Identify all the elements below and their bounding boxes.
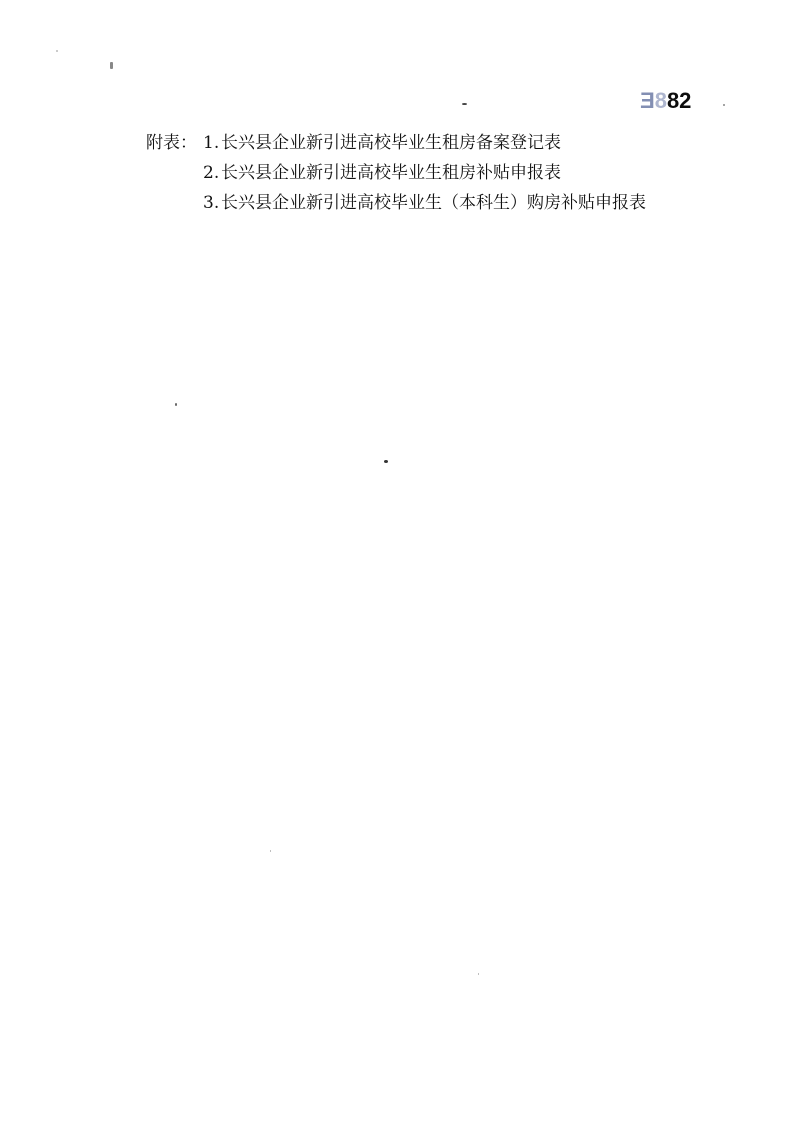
attachment-number: 3. (203, 188, 221, 218)
attachment-number: 1. (203, 128, 221, 158)
scan-speck (384, 460, 388, 463)
scan-speck (478, 973, 479, 975)
scan-speck (462, 103, 467, 105)
page-number: E882 (640, 88, 691, 114)
attachment-title: 长兴县企业新引进高校毕业生租房补贴申报表 (221, 158, 561, 188)
attachment-item-2: 2. 长兴县企业新引进高校毕业生租房补贴申报表 (146, 158, 646, 188)
attachments-list: 附表： 1. 长兴县企业新引进高校毕业生租房备案登记表 2. 长兴县企业新引进高… (146, 128, 646, 218)
scan-speck (110, 62, 113, 69)
attachment-item-3: 3. 长兴县企业新引进高校毕业生（本科生）购房补贴申报表 (146, 188, 646, 218)
page-number-bleed-through-2: 8 (655, 88, 667, 113)
scan-speck (723, 104, 725, 106)
page-number-value: 82 (667, 88, 691, 113)
scan-speck (175, 403, 177, 406)
scan-speck (270, 850, 271, 852)
page-number-bleed-through: E (640, 88, 655, 114)
attachment-title: 长兴县企业新引进高校毕业生（本科生）购房补贴申报表 (221, 188, 646, 218)
scan-speck (56, 50, 58, 52)
attachments-label: 附表： (146, 128, 203, 158)
attachment-item-1: 附表： 1. 长兴县企业新引进高校毕业生租房备案登记表 (146, 128, 646, 158)
attachment-title: 长兴县企业新引进高校毕业生租房备案登记表 (221, 128, 561, 158)
attachment-number: 2. (203, 158, 221, 188)
